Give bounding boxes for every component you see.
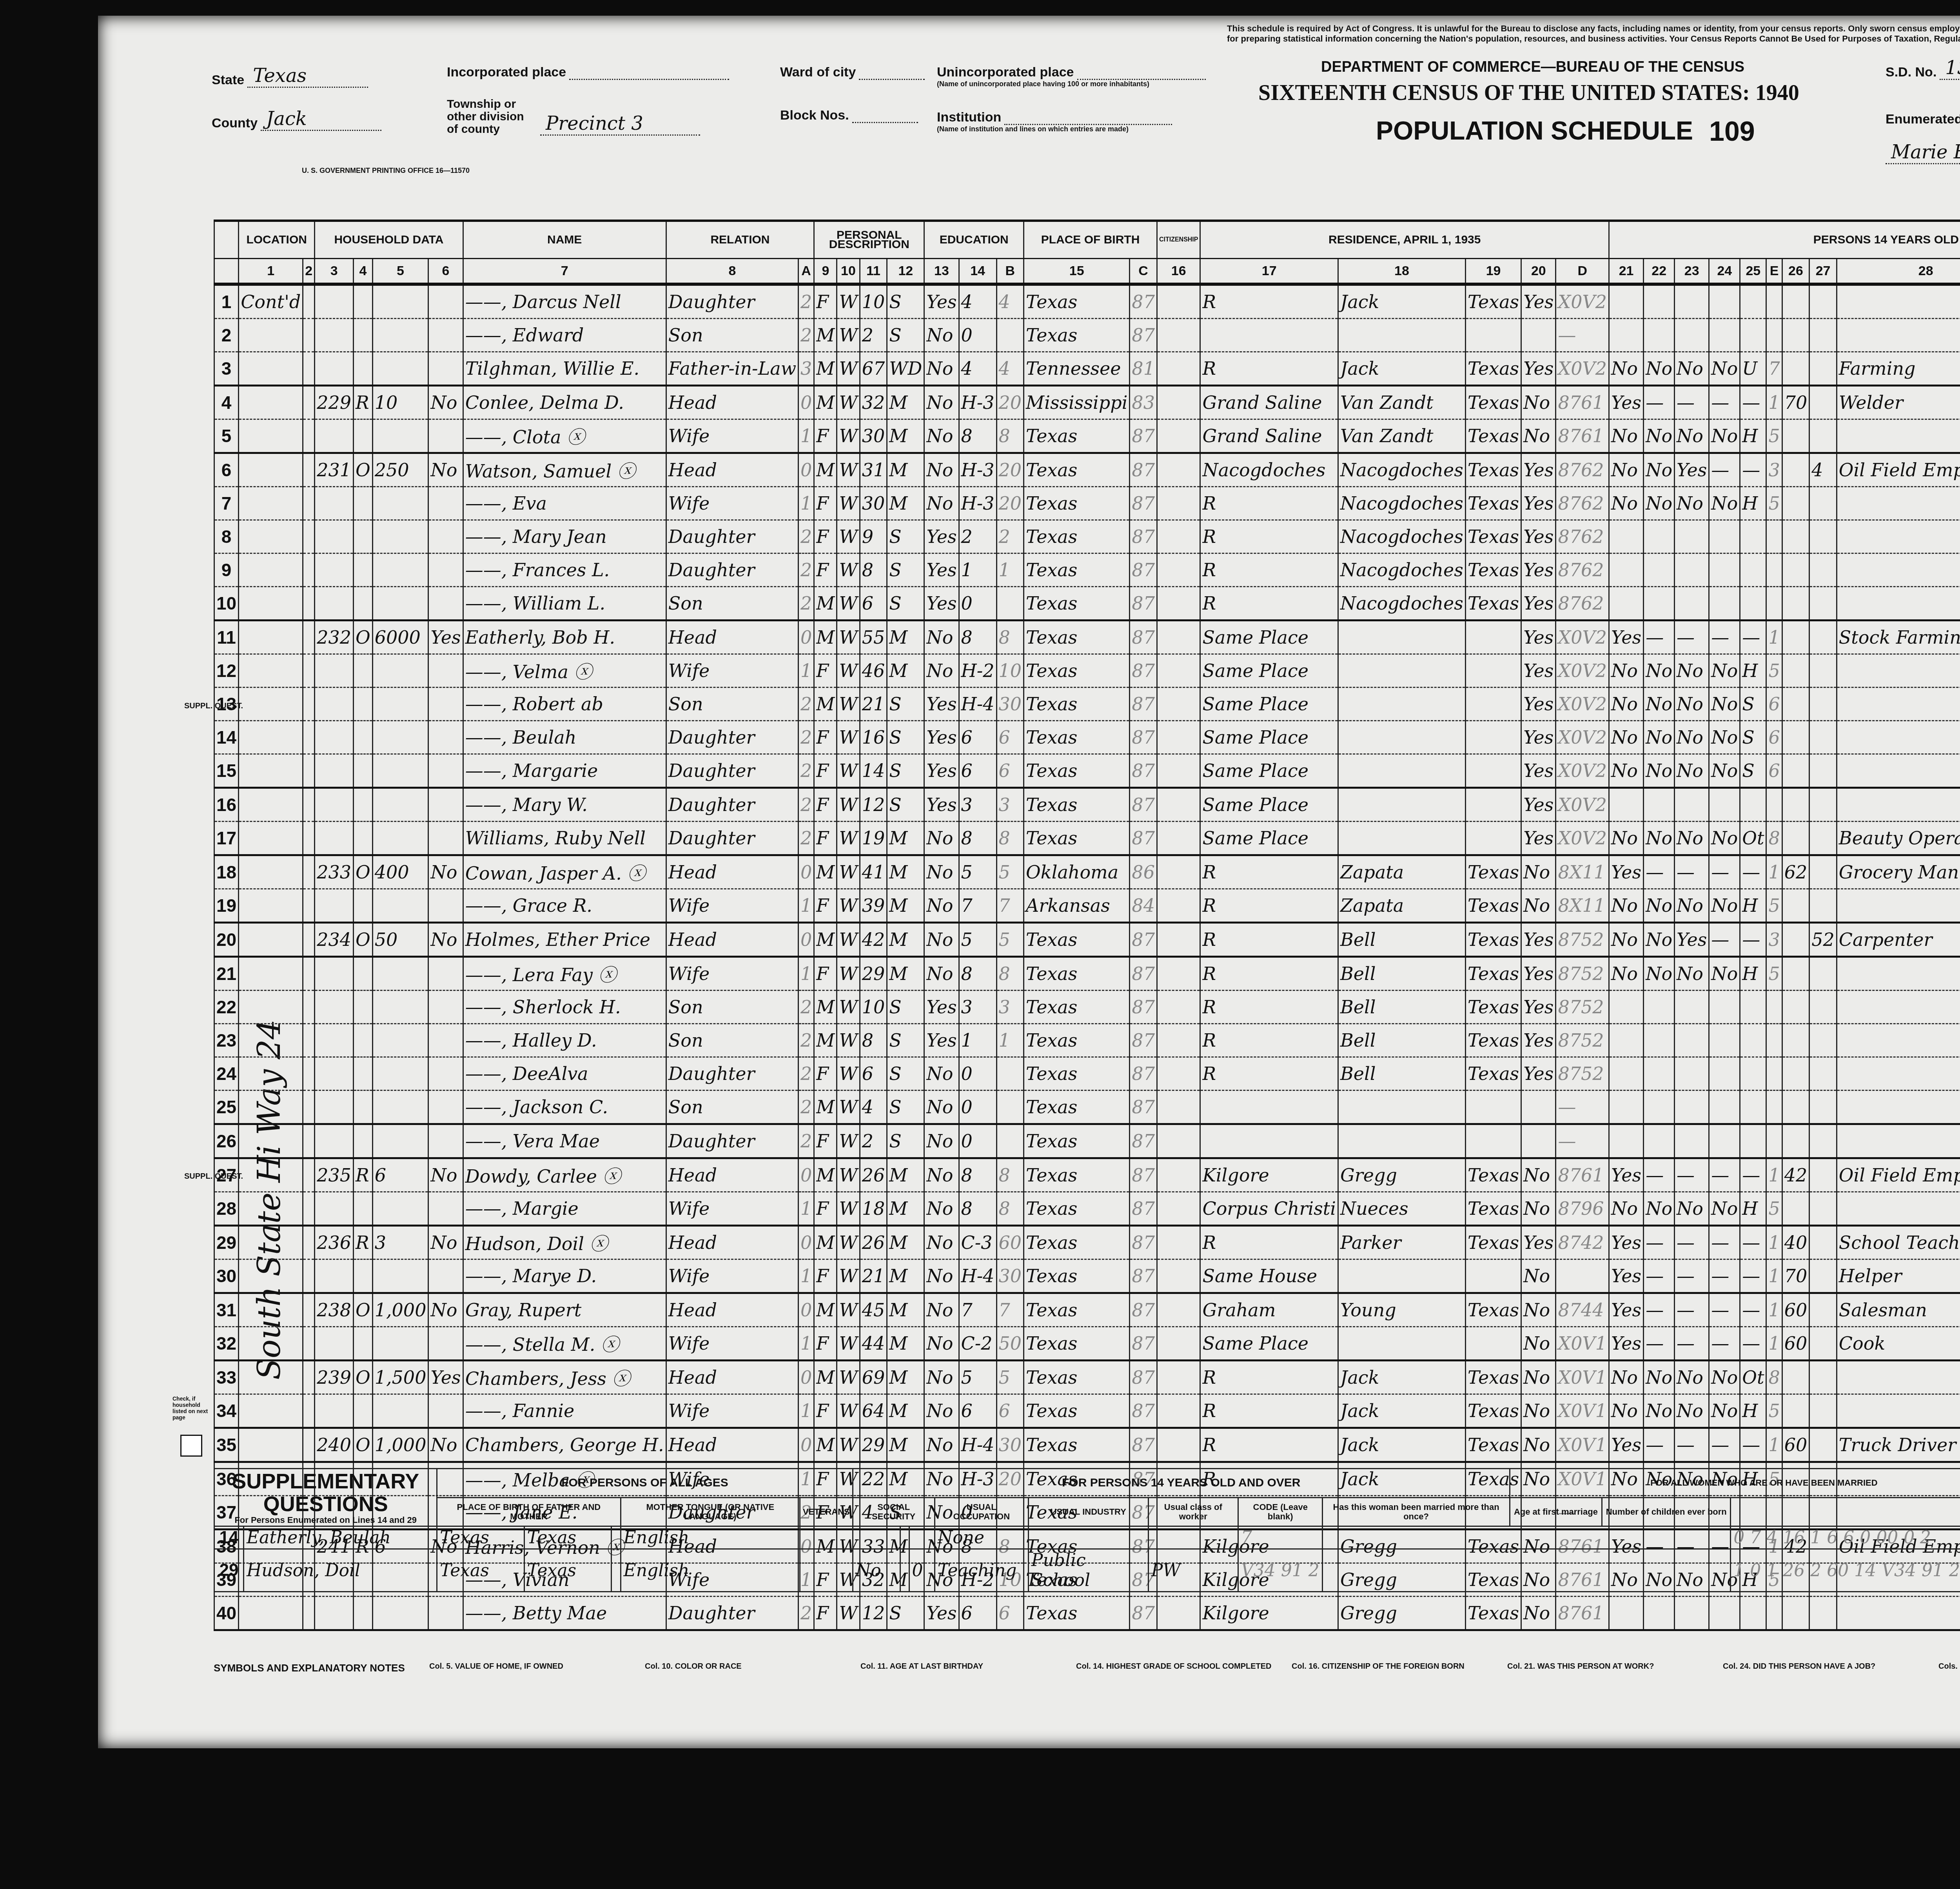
cell-birth: Texas xyxy=(1024,654,1130,688)
township-field: Township or other division of county Pre… xyxy=(447,98,700,136)
cell-city: Nacogdoches xyxy=(1200,453,1338,487)
cell-street xyxy=(239,319,303,352)
cell-dur xyxy=(1809,621,1837,654)
cell-hh xyxy=(315,754,354,788)
cell-own xyxy=(354,319,373,352)
cell-ms: S xyxy=(887,1091,924,1124)
cell-birth: Texas xyxy=(1024,688,1130,721)
cell-name: ——, Darcus Nell xyxy=(463,284,666,319)
cell-school: No xyxy=(924,1394,959,1428)
cell-job xyxy=(1709,991,1740,1024)
county-field: County Jack xyxy=(212,108,381,131)
cell-farm xyxy=(428,889,463,923)
cell-dur xyxy=(1809,284,1837,319)
cell-codeB: 1 xyxy=(996,553,1024,587)
enumerator-field: Marie E. Roper Enumerator. xyxy=(1886,141,1960,164)
cell-state: Texas xyxy=(1465,487,1521,520)
cell-farm xyxy=(428,487,463,520)
cell-age: 12 xyxy=(860,1597,887,1630)
cell-sex: M xyxy=(814,688,837,721)
cell-occ xyxy=(1837,991,1960,1024)
cell-name: ——, Marye D. xyxy=(463,1259,666,1293)
column-number: 23 xyxy=(1675,259,1709,285)
cell-race: W xyxy=(837,453,860,487)
cell-seeking: No xyxy=(1675,1192,1709,1226)
cell-hh xyxy=(315,1192,354,1226)
suppl-quest-label-left-29: SUPPL. QUEST. xyxy=(184,1172,243,1181)
cell-sex: M xyxy=(814,855,837,889)
cell-job xyxy=(1709,587,1740,621)
cell-onfarm: Yes xyxy=(1521,284,1556,319)
cell-hh xyxy=(315,1259,354,1293)
cell-atwork: No xyxy=(1609,352,1643,386)
cell-occ xyxy=(1837,1361,1960,1394)
cell-job xyxy=(1709,1057,1740,1091)
cell-occ xyxy=(1837,1057,1960,1091)
column-number: 10 xyxy=(837,259,860,285)
cell-hstat xyxy=(1740,1091,1766,1124)
cell-codeA: 0 xyxy=(799,923,814,957)
cell-own xyxy=(354,1597,373,1630)
cell-codeC: 87 xyxy=(1130,1394,1157,1428)
cell-city: Same House xyxy=(1200,1259,1338,1293)
cell-dur xyxy=(1809,1394,1837,1428)
cell-cit xyxy=(1157,1428,1200,1462)
cell-own xyxy=(354,721,373,754)
cell-age: 26 xyxy=(860,1158,887,1192)
cell-dur xyxy=(1809,520,1837,553)
cell-sex: F xyxy=(814,957,837,991)
cell-cit xyxy=(1157,553,1200,587)
column-number: 26 xyxy=(1782,259,1809,285)
cell-name: Gray, Rupert xyxy=(463,1293,666,1327)
cell-occ xyxy=(1837,1091,1960,1124)
cell-rel: Father-in-Law xyxy=(666,352,798,386)
cell-codeB: 3 xyxy=(996,991,1024,1024)
cell-street xyxy=(239,688,303,721)
cell-county: Jack xyxy=(1338,284,1465,319)
cell-codeA: 0 xyxy=(799,1293,814,1327)
cell-cit xyxy=(1157,1226,1200,1259)
cell-birth: Texas xyxy=(1024,587,1130,621)
cell-onfarm: Yes xyxy=(1521,1057,1556,1091)
column-number: 15 xyxy=(1024,259,1130,285)
cell-atwork xyxy=(1609,1091,1643,1124)
cell-codeD: 8762 xyxy=(1556,487,1609,520)
cell-hh: 229 xyxy=(315,386,354,419)
column-number: 25 xyxy=(1740,259,1766,285)
cell-school: No xyxy=(924,1428,959,1462)
cell-ms: M xyxy=(887,487,924,520)
cell-dur xyxy=(1809,1361,1837,1394)
cell-hours xyxy=(1782,587,1809,621)
cell-hours xyxy=(1782,553,1809,587)
cell-hstat xyxy=(1740,1124,1766,1158)
cell-value: 50 xyxy=(372,923,428,957)
cell-own xyxy=(354,553,373,587)
cell-hstat: H xyxy=(1740,487,1766,520)
table-row: 12——, Velma ⓧWife1FW46MNoH-210Texas87Sam… xyxy=(214,654,1960,688)
cell-city: R xyxy=(1200,923,1338,957)
cell-hh: 238 xyxy=(315,1293,354,1327)
table-row: 4229R10NoConlee, Delma D.Head0MW32MNoH-3… xyxy=(214,386,1960,419)
cell-hstat: U xyxy=(1740,352,1766,386)
table-row: 30——, Marye D.Wife1FW21MNoH-430Texas87Sa… xyxy=(214,1259,1960,1293)
cell-codeB: 8 xyxy=(996,419,1024,453)
cell-value: 1,000 xyxy=(372,1293,428,1327)
cell-codeD: X0V2 xyxy=(1556,688,1609,721)
cell-job: No xyxy=(1709,1394,1740,1428)
cell-value xyxy=(372,1057,428,1091)
table-row: 3Tilghman, Willie E.Father-in-Law3MW67WD… xyxy=(214,352,1960,386)
cell-seeking: — xyxy=(1675,1327,1709,1361)
line-number: 32 xyxy=(214,1327,239,1361)
cell-house xyxy=(303,419,315,453)
line-number: 1 xyxy=(214,284,239,319)
cell-pew: No xyxy=(1644,1192,1675,1226)
cell-age: 2 xyxy=(860,319,887,352)
cell-school: No xyxy=(924,319,959,352)
cell-city: R xyxy=(1200,855,1338,889)
cell-codeE xyxy=(1766,553,1782,587)
cell-farm: No xyxy=(428,1428,463,1462)
cell-cit xyxy=(1157,721,1200,754)
cell-codeE: 6 xyxy=(1766,688,1782,721)
table-row: 40——, Betty MaeDaughter2FW12SYes66Texas8… xyxy=(214,1597,1960,1630)
cell-age: 31 xyxy=(860,453,887,487)
cell-hstat: — xyxy=(1740,621,1766,654)
cell-house xyxy=(303,1192,315,1226)
cell-codeE: 1 xyxy=(1766,1428,1782,1462)
column-number: 13 xyxy=(924,259,959,285)
cell-age: 64 xyxy=(860,1394,887,1428)
cell-race: W xyxy=(837,1361,860,1394)
cell-onfarm: Yes xyxy=(1521,621,1556,654)
cell-codeE xyxy=(1766,587,1782,621)
cell-birth: Texas xyxy=(1024,453,1130,487)
column-number: 11 xyxy=(860,259,887,285)
cell-rel: Daughter xyxy=(666,1057,798,1091)
cell-cit xyxy=(1157,991,1200,1024)
group-personal: PERSONAL DESCRIPTION xyxy=(814,221,924,259)
cell-value xyxy=(372,754,428,788)
cell-hours xyxy=(1782,1192,1809,1226)
cell-cit xyxy=(1157,957,1200,991)
cell-grade: 4 xyxy=(959,284,996,319)
column-number: A xyxy=(799,259,814,285)
cell-school: No xyxy=(924,889,959,923)
cell-dur xyxy=(1809,487,1837,520)
explanatory-notes: SYMBOLS AND EXPLANATORY NOTES Col. 5. VA… xyxy=(214,1662,1960,1733)
next-page-checkbox[interactable] xyxy=(180,1435,202,1457)
cell-job xyxy=(1709,319,1740,352)
group-education: EDUCATION xyxy=(924,221,1024,259)
line-number: 4 xyxy=(214,386,239,419)
cell-name: ——, William L. xyxy=(463,587,666,621)
cell-birth: Texas xyxy=(1024,822,1130,855)
cell-school: No xyxy=(924,1361,959,1394)
cell-seeking: — xyxy=(1675,1259,1709,1293)
cell-seeking: No xyxy=(1675,419,1709,453)
cell-age: 8 xyxy=(860,1024,887,1057)
cell-own xyxy=(354,419,373,453)
cell-hh: 235 xyxy=(315,1158,354,1192)
cell-sex: F xyxy=(814,1394,837,1428)
cell-atwork: No xyxy=(1609,654,1643,688)
cell-hstat: H xyxy=(1740,1394,1766,1428)
cell-own xyxy=(354,654,373,688)
cell-sex: F xyxy=(814,419,837,453)
cell-age: 45 xyxy=(860,1293,887,1327)
cell-seeking xyxy=(1675,788,1709,822)
cell-atwork: Yes xyxy=(1609,1158,1643,1192)
cell-seeking: — xyxy=(1675,1226,1709,1259)
cell-dur xyxy=(1809,1259,1837,1293)
cell-race: W xyxy=(837,957,860,991)
cell-state: Texas xyxy=(1465,889,1521,923)
cell-codeE: 8 xyxy=(1766,822,1782,855)
cell-codeD: 8796 xyxy=(1556,1192,1609,1226)
cell-house xyxy=(303,1259,315,1293)
cell-age: 67 xyxy=(860,352,887,386)
line-number: 16 xyxy=(214,788,239,822)
cell-county: Nacogdoches xyxy=(1338,453,1465,487)
column-number: B xyxy=(996,259,1024,285)
cell-job: No xyxy=(1709,1361,1740,1394)
cell-age: 4 xyxy=(860,1091,887,1124)
cell-own: R xyxy=(354,386,373,419)
cell-grade: 3 xyxy=(959,788,996,822)
cell-dur xyxy=(1809,721,1837,754)
line-number: 21 xyxy=(214,957,239,991)
cell-hstat xyxy=(1740,284,1766,319)
cell-value: 400 xyxy=(372,855,428,889)
cell-county: Nacogdoches xyxy=(1338,520,1465,553)
cell-codeD: 8761 xyxy=(1556,386,1609,419)
cell-city: R xyxy=(1200,1024,1338,1057)
cell-codeA: 2 xyxy=(799,1057,814,1091)
cell-hh xyxy=(315,822,354,855)
cell-city xyxy=(1200,1124,1338,1158)
cell-hours xyxy=(1782,923,1809,957)
cell-codeC: 81 xyxy=(1130,352,1157,386)
cell-hh xyxy=(315,957,354,991)
cell-dur xyxy=(1809,654,1837,688)
cell-value xyxy=(372,1259,428,1293)
cell-farm xyxy=(428,352,463,386)
cell-school: No xyxy=(924,419,959,453)
cell-grade: 7 xyxy=(959,1293,996,1327)
cell-atwork xyxy=(1609,553,1643,587)
table-row: 7——, EvaWife1FW30MNoH-320Texas87RNacogdo… xyxy=(214,487,1960,520)
cell-age: 9 xyxy=(860,520,887,553)
cell-grade: 8 xyxy=(959,419,996,453)
cell-codeC: 87 xyxy=(1130,1259,1157,1293)
cell-own xyxy=(354,991,373,1024)
table-row: 11232O6000YesEatherly, Bob H.Head0MW55MN… xyxy=(214,621,1960,654)
cell-hours xyxy=(1782,822,1809,855)
cell-birth: Texas xyxy=(1024,923,1130,957)
cell-name: Eatherly, Bob H. xyxy=(463,621,666,654)
cell-age: 55 xyxy=(860,621,887,654)
cell-atwork: No xyxy=(1609,1192,1643,1226)
enumerated-date-field: Enumerated by me on May 6 , 1940 xyxy=(1886,104,1960,127)
cell-onfarm: No xyxy=(1521,386,1556,419)
cell-grade: 6 xyxy=(959,754,996,788)
cell-cit xyxy=(1157,754,1200,788)
cell-city: R xyxy=(1200,352,1338,386)
table-row: 1Cont'd——, Darcus NellDaughter2FW10SYes4… xyxy=(214,284,1960,319)
cell-onfarm: Yes xyxy=(1521,688,1556,721)
cell-city: R xyxy=(1200,1057,1338,1091)
cell-own xyxy=(354,788,373,822)
cell-hours xyxy=(1782,487,1809,520)
cell-grade: 8 xyxy=(959,1158,996,1192)
line-number: 22 xyxy=(214,991,239,1024)
cell-codeE: 8 xyxy=(1766,1361,1782,1394)
cell-state xyxy=(1465,1124,1521,1158)
cell-codeA: 2 xyxy=(799,754,814,788)
state-field: State Texas xyxy=(212,65,368,88)
cell-codeE: 5 xyxy=(1766,419,1782,453)
cell-state: Texas xyxy=(1465,1394,1521,1428)
cell-codeC: 87 xyxy=(1130,1158,1157,1192)
cell-codeD: 8752 xyxy=(1556,1024,1609,1057)
cell-race: W xyxy=(837,352,860,386)
cell-hstat: H xyxy=(1740,957,1766,991)
cell-street xyxy=(239,587,303,621)
cell-codeA: 2 xyxy=(799,553,814,587)
cell-county xyxy=(1338,822,1465,855)
cell-occ: Stock Farming xyxy=(1837,621,1960,654)
cell-hstat xyxy=(1740,587,1766,621)
cell-codeE: 6 xyxy=(1766,721,1782,754)
cell-codeC: 87 xyxy=(1130,957,1157,991)
cell-state xyxy=(1465,822,1521,855)
cell-street xyxy=(239,1158,303,1192)
cell-rel: Wife xyxy=(666,1327,798,1361)
cell-street: Cont'd xyxy=(239,284,303,319)
cell-hours xyxy=(1782,721,1809,754)
cell-codeC: 87 xyxy=(1130,1293,1157,1327)
cell-codeA: 1 xyxy=(799,1259,814,1293)
cell-rel: Daughter xyxy=(666,788,798,822)
cell-value: 1,000 xyxy=(372,1428,428,1462)
cell-race: W xyxy=(837,822,860,855)
column-number: 19 xyxy=(1465,259,1521,285)
cell-hours xyxy=(1782,1024,1809,1057)
table-row: 25——, Jackson C.Son2MW4SNo0Texas87—25 xyxy=(214,1091,1960,1124)
cell-codeD: — xyxy=(1556,1124,1609,1158)
cell-occ xyxy=(1837,957,1960,991)
cell-codeC: 87 xyxy=(1130,587,1157,621)
cell-state xyxy=(1465,721,1521,754)
cell-atwork xyxy=(1609,1124,1643,1158)
cell-grade: 0 xyxy=(959,1124,996,1158)
cell-house xyxy=(303,923,315,957)
table-row: 20234O50NoHolmes, Ether PriceHead0MW42MN… xyxy=(214,923,1960,957)
cell-county xyxy=(1338,1091,1465,1124)
block-field: Block Nos. xyxy=(780,108,918,123)
cell-school: Yes xyxy=(924,721,959,754)
cell-name: Hudson, Doil ⓧ xyxy=(463,1226,666,1259)
schedule-title: POPULATION SCHEDULE xyxy=(1376,116,1693,145)
cell-codeA: 0 xyxy=(799,1428,814,1462)
cell-hstat xyxy=(1740,553,1766,587)
cell-occ xyxy=(1837,1597,1960,1630)
cell-pew xyxy=(1644,520,1675,553)
cell-age: 41 xyxy=(860,855,887,889)
cell-school: No xyxy=(924,352,959,386)
cell-ms: M xyxy=(887,1361,924,1394)
line-number: 8 xyxy=(214,520,239,553)
cell-atwork: Yes xyxy=(1609,1226,1643,1259)
cell-hstat: — xyxy=(1740,855,1766,889)
cell-county xyxy=(1338,1124,1465,1158)
cell-occ: Oil Field Employee xyxy=(1837,453,1960,487)
cell-hh xyxy=(315,688,354,721)
line-number: 40 xyxy=(214,1597,239,1630)
cell-birth: Texas xyxy=(1024,788,1130,822)
cell-rel: Daughter xyxy=(666,754,798,788)
cell-grade: 8 xyxy=(959,822,996,855)
cell-seeking: No xyxy=(1675,721,1709,754)
cell-codeB: 7 xyxy=(996,1293,1024,1327)
cell-county xyxy=(1338,1327,1465,1361)
cell-ms: M xyxy=(887,822,924,855)
line-number: 2 xyxy=(214,319,239,352)
cell-own: R xyxy=(354,1158,373,1192)
column-number: 27 xyxy=(1809,259,1837,285)
line-number: 11 xyxy=(214,621,239,654)
cell-codeE xyxy=(1766,991,1782,1024)
cell-race: W xyxy=(837,1394,860,1428)
cell-value xyxy=(372,284,428,319)
cell-codeD: 8X11 xyxy=(1556,855,1609,889)
cell-grade: 0 xyxy=(959,1091,996,1124)
cell-codeC: 87 xyxy=(1130,1057,1157,1091)
cell-sex: M xyxy=(814,352,837,386)
cell-birth: Texas xyxy=(1024,1259,1130,1293)
cell-grade: 2 xyxy=(959,520,996,553)
cell-occ xyxy=(1837,487,1960,520)
cell-codeA: 1 xyxy=(799,1192,814,1226)
line-number: 31 xyxy=(214,1293,239,1327)
cell-dur xyxy=(1809,688,1837,721)
cell-ms: S xyxy=(887,688,924,721)
cell-codeC: 87 xyxy=(1130,419,1157,453)
cell-street xyxy=(239,889,303,923)
cell-codeA: 2 xyxy=(799,284,814,319)
cell-codeB: 5 xyxy=(996,923,1024,957)
cell-county: Nueces xyxy=(1338,1192,1465,1226)
cell-job: — xyxy=(1709,1293,1740,1327)
table-row: 32——, Stella M. ⓧWife1FW44MNoC-250Texas8… xyxy=(214,1327,1960,1361)
cell-job xyxy=(1709,520,1740,553)
cell-grade: H-3 xyxy=(959,386,996,419)
cell-county xyxy=(1338,1259,1465,1293)
printing-office-note: U. S. GOVERNMENT PRINTING OFFICE 16—1157… xyxy=(302,167,470,175)
cell-house xyxy=(303,1428,315,1462)
cell-atwork: No xyxy=(1609,957,1643,991)
cell-job xyxy=(1709,1124,1740,1158)
group-residence: RESIDENCE, APRIL 1, 1935 xyxy=(1200,221,1609,259)
cell-hours xyxy=(1782,1124,1809,1158)
cell-rel: Head xyxy=(666,1293,798,1327)
cell-state: Texas xyxy=(1465,284,1521,319)
cell-codeB: 3 xyxy=(996,788,1024,822)
cell-seeking: — xyxy=(1675,386,1709,419)
